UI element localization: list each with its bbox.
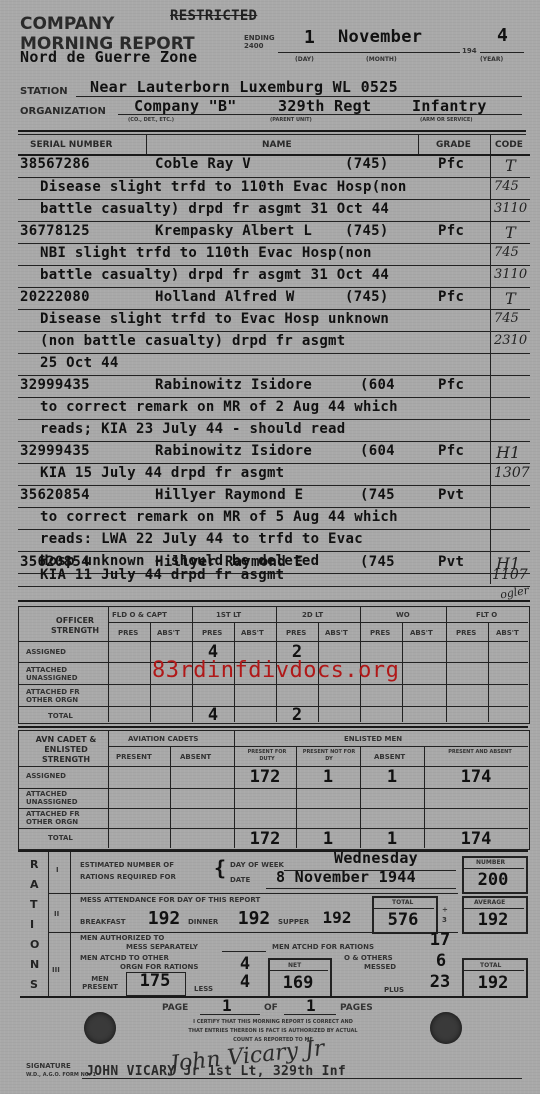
person-name: Krempasky Albert L — [155, 223, 312, 239]
col-header-name: NAME — [262, 140, 292, 150]
enlisted-total-absent: 1 — [360, 829, 424, 849]
row-label-attached-other: ATTACHED FR OTHER ORGN — [26, 810, 106, 826]
enlisted-strength-title: AVN CADET & ENLISTED STRENGTH — [26, 735, 106, 765]
rations-number: 200 — [462, 870, 524, 890]
mos-code: (604 — [360, 377, 395, 393]
organization-arm: Infantry — [412, 97, 487, 115]
entry-row-remark: 25 Oct 44 — [0, 354, 540, 376]
auth-separately-label: MESS SEPARATELY — [126, 943, 198, 951]
certify-line: I CERTIFY THAT THIS MORNING REPORT IS CO… — [148, 1018, 398, 1027]
col-header-code: CODE — [495, 140, 523, 150]
remark-text: Disease slight trfd to Evac Hosp unknown — [40, 311, 389, 327]
section-1-label: ESTIMATED NUMBER OF — [80, 861, 174, 869]
mess-attendance-label: MESS ATTENDANCE FOR DAY OF THIS REPORT — [80, 896, 260, 904]
men-present-label: MEN PRESENT — [78, 975, 122, 991]
subcol-pres: PRES — [456, 629, 476, 637]
entry-code: 1107 — [492, 567, 528, 583]
breakfast-label: BREAKFAST — [80, 918, 126, 926]
row-label-assigned: ASSIGNED — [26, 772, 66, 780]
entry-row-remark: reads; KIA 23 July 44 - should read — [0, 420, 540, 442]
group-aviation-cadets: AVIATION CADETS — [128, 735, 198, 743]
remark-text: KIA 11 July 44 drpd fr asgmt — [40, 567, 284, 583]
subcol-abst: ABS'T — [496, 629, 519, 637]
person-name: Coble Ray V — [155, 156, 251, 172]
entry-row-remark: battle casualty) drpd fr asgmt 31 Oct 44… — [0, 200, 540, 222]
person-name: Holland Alfred W — [155, 289, 295, 305]
entry-row-remark: Disease slight trfd to 110th Evac Hosp(n… — [0, 178, 540, 200]
organization-unit: 329th Regt — [278, 97, 371, 115]
certify-line: THAT ENTRIES THEREON IS FACT IS AUTHORIZ… — [148, 1027, 398, 1036]
section-1-label: RATIONS REQUIRED FOR — [80, 873, 176, 881]
serial-number: 35620854 — [20, 487, 90, 503]
subcol-pres: PRES — [118, 629, 138, 637]
station-label: STATION — [20, 86, 68, 97]
less-label: LESS — [194, 985, 213, 993]
subcol-present-and-absent: PRESENT AND ABSENT — [440, 749, 520, 756]
supper-label: SUPPER — [278, 918, 309, 926]
remark-text: to correct remark on MR of 2 Aug 44 whic… — [40, 399, 398, 415]
remark-text: battle casualty) drpd fr asgmt 31 Oct 44 — [40, 201, 389, 217]
net-label: NET — [288, 962, 301, 969]
mess-total-label: TOTAL — [392, 899, 413, 906]
entry-row-remark: battle casualty) drpd fr asgmt 31 Oct 44… — [0, 266, 540, 288]
remark-text: 25 Oct 44 — [40, 355, 119, 371]
grade: Pvt — [438, 487, 464, 503]
grade: Pfc — [438, 156, 464, 172]
subcol-present: PRESENT — [116, 753, 152, 761]
year-prefix: 194 — [462, 47, 477, 55]
mos-code: (745) — [345, 156, 389, 172]
person-name: Rabinowitz Isidore — [155, 443, 312, 459]
day-caption: (DAY) — [295, 56, 314, 63]
atchd-other-label: ORGN FOR RATIONS — [120, 963, 198, 971]
entry-row-person: 36778125 Krempasky Albert L (745) Pfc T — [0, 222, 540, 244]
subcol-abst: ABS'T — [157, 629, 180, 637]
rations-total-label: TOTAL — [480, 962, 501, 969]
serial-number: 20222080 — [20, 289, 90, 305]
row-label-attached-other: ATTACHED FR OTHER ORGN — [26, 688, 106, 704]
number-box-label: NUMBER — [476, 859, 505, 866]
entry-code: 745 — [494, 311, 519, 326]
enlisted-assigned-total: 174 — [424, 767, 528, 787]
less-value: 4 — [228, 972, 262, 992]
subcol-absent: ABSENT — [374, 753, 405, 761]
entry-code: 3110 — [494, 267, 527, 282]
enlisted-total-present-duty: 172 — [234, 829, 296, 849]
day-of-week: Wednesday — [334, 849, 418, 867]
entry-row-person: 32999435 Rabinowitz Isidore (604 Pfc H1 — [0, 442, 540, 464]
group-2d-lt: 2D LT — [302, 611, 323, 619]
col-header-serial: SERIAL NUMBER — [30, 140, 112, 150]
organization-label: ORGANIZATION — [20, 106, 106, 117]
punch-hole-left — [84, 1012, 116, 1044]
report-day: 1 — [304, 27, 315, 48]
row-label-attached-unassigned: ATTACHED UNASSIGNED — [26, 790, 106, 806]
rations-letter: O — [30, 938, 39, 951]
mess-total: 576 — [372, 910, 434, 930]
rations-letter: N — [30, 958, 39, 971]
entry-row-person: 38567286 Coble Ray V (745) Pfc T — [0, 155, 540, 177]
net-value: 169 — [268, 973, 328, 993]
brace: { — [214, 856, 226, 880]
subcol-abst: ABS'T — [325, 629, 348, 637]
entry-row-remark: (non battle casualty) drpd fr asgmt 2310 — [0, 332, 540, 354]
mess-average: 192 — [462, 910, 524, 930]
date-label: DATE — [230, 876, 250, 884]
subcol-pres: PRES — [286, 629, 306, 637]
group-fld-o-capt: FLD O & CAPT — [112, 611, 167, 619]
enlisted-total-total: 174 — [424, 829, 528, 849]
mos-code: (745) — [345, 289, 389, 305]
form-title-company: COMPANY — [20, 14, 114, 34]
entry-row-person: 20222080 Holland Alfred W (745) Pfc T — [0, 288, 540, 310]
report-month: November — [338, 27, 422, 47]
entry-row-person: 35620854 Hillyer Raymond E (745 Pvt — [0, 486, 540, 508]
report-year-digit: 4 — [497, 25, 508, 46]
remark-text: reads; KIA 23 July 44 - should read — [40, 421, 346, 437]
entry-row-remark: to correct remark on MR of 2 Aug 44 whic… — [0, 398, 540, 420]
rations-letter: R — [30, 858, 38, 871]
grade: Pfc — [438, 377, 464, 393]
section-1-numeral: I — [56, 866, 59, 874]
rations-letter: A — [30, 878, 39, 891]
entry-code: T — [505, 156, 516, 175]
page-number: 1 — [222, 996, 232, 1015]
punch-hole-right — [430, 1012, 462, 1044]
entry-row-remark: Disease slight trfd to Evac Hosp unknown… — [0, 310, 540, 332]
organization-company: Company "B" — [134, 97, 237, 115]
section-2-numeral: II — [54, 910, 59, 918]
station-value: Near Lauterborn Luxemburg WL 0525 — [90, 78, 398, 96]
zone-stamp: Nord de Guerre Zone — [20, 48, 197, 66]
grade: Pfc — [438, 289, 464, 305]
entry-row-remark: KIA 11 July 44 drpd fr asgmt 1107 — [0, 566, 540, 588]
serial-number: 36778125 — [20, 223, 90, 239]
others-label: O & OTHERS — [344, 954, 393, 962]
subcol-absent: ABSENT — [180, 753, 211, 761]
serial-number: 32999435 — [20, 377, 90, 393]
rations-total: 192 — [462, 973, 524, 993]
org-caption-parent: (PARENT UNIT) — [270, 117, 312, 123]
year-caption: (YEAR) — [480, 56, 503, 63]
entry-row-remark: KIA 15 July 44 drpd fr asgmt 1307 — [0, 464, 540, 486]
group-1st-lt: 1ST LT — [216, 611, 241, 619]
entry-row-remark: to correct remark on MR of 5 Aug 44 whic… — [0, 508, 540, 530]
subcol-pres: PRES — [370, 629, 390, 637]
subcol-present-for-duty: PRESENT FOR DUTY — [240, 749, 294, 763]
entry-code: H1 — [496, 443, 520, 462]
officer-1stlt-total-pres: 4 — [192, 705, 234, 725]
group-flt-o: FLT O — [476, 611, 497, 619]
entry-row-person: 32999435 Rabinowitz Isidore (604 Pfc — [0, 376, 540, 398]
atchd-other-label: MEN ATCHD TO OTHER — [80, 954, 169, 962]
remark-text: battle casualty) drpd fr asgmt 31 Oct 44 — [40, 267, 389, 283]
entry-code: 745 — [494, 179, 519, 194]
rations-letter: I — [30, 918, 34, 931]
pages-label: PAGES — [340, 1003, 373, 1013]
page-total: 1 — [306, 996, 316, 1015]
group-enlisted-men: ENLISTED MEN — [344, 735, 402, 743]
morning-report-page: COMPANY RESTRICTED MORNING REPORT Nord d… — [0, 0, 540, 1094]
rations-letter: S — [30, 978, 38, 991]
entry-row-remark: NBI slight trfd to 110th Evac Hosp(non 7… — [0, 244, 540, 266]
person-name: Rabinowitz Isidore — [155, 377, 312, 393]
row-label-total: TOTAL — [48, 712, 73, 720]
officer-2dlt-total-pres: 2 — [276, 705, 318, 725]
mos-code: (604 — [360, 443, 395, 459]
remark-text: KIA 15 July 44 drpd fr asgmt — [40, 465, 284, 481]
enlisted-assigned-present-not-duty: 1 — [296, 767, 360, 787]
enlisted-total-present-not-duty: 1 — [296, 829, 360, 849]
row-label-total: TOTAL — [48, 834, 73, 842]
page-label: PAGE — [162, 1003, 188, 1013]
supper-count: 192 — [316, 908, 358, 927]
entry-code: 745 — [494, 245, 519, 260]
subcol-abst: ABS'T — [410, 629, 433, 637]
remark-text: NBI slight trfd to 110th Evac Hosp(non — [40, 245, 372, 261]
dinner-count: 192 — [232, 908, 276, 929]
group-wo: WO — [396, 611, 410, 619]
dinner-label: DINNER — [188, 918, 218, 926]
officer-strength-title: OFFICER STRENGTH — [40, 616, 110, 636]
classification-stamp: RESTRICTED — [170, 8, 257, 24]
divide-by-3: ÷ 3 — [442, 905, 450, 925]
plus-value: 23 — [422, 972, 458, 992]
grade: Pfc — [438, 223, 464, 239]
of-label: OF — [264, 1003, 278, 1013]
org-caption-unit: (CO., DET., ETC.) — [128, 117, 174, 123]
subcol-abst: ABS'T — [241, 629, 264, 637]
subcol-pres: PRES — [202, 629, 222, 637]
men-present: 175 — [126, 971, 184, 991]
breakfast-count: 192 — [142, 908, 186, 929]
watermark: 83rdinfdivdocs.org — [152, 658, 399, 683]
section-3-numeral: III — [52, 966, 60, 974]
remark-text: (non battle casualty) drpd fr asgmt — [40, 333, 346, 349]
atchd-other-orgn: 4 — [228, 954, 262, 974]
mos-code: (745 — [360, 487, 395, 503]
entry-code: 1307 — [494, 465, 530, 481]
auth-separately-label: MEN AUTHORIZED TO — [80, 934, 164, 942]
signature-label: SIGNATURE — [26, 1062, 71, 1070]
col-header-grade: GRADE — [436, 140, 471, 150]
remark-text: to correct remark on MR of 5 Aug 44 whic… — [40, 509, 398, 525]
subcol-present-not-for-duty: PRESENT NOT FOR DY — [300, 749, 358, 763]
month-caption: (MONTH) — [366, 56, 397, 63]
others-label: MESSED — [364, 963, 396, 971]
enlisted-assigned-absent: 1 — [360, 767, 424, 787]
mos-code: (745) — [345, 223, 389, 239]
attached-for-rations-label: MEN ATCHD FOR RATIONS — [272, 943, 374, 951]
entry-code: T — [505, 289, 516, 308]
ending-label: ENDING 2400 — [244, 34, 274, 50]
remark-text: Disease slight trfd to 110th Evac Hosp(n… — [40, 179, 407, 195]
grade: Pfc — [438, 443, 464, 459]
attached-for-rations: 17 — [420, 930, 460, 950]
org-caption-arm: (ARM OR SERVICE) — [420, 117, 473, 123]
plus-label: PLUS — [384, 986, 404, 994]
entry-code: T — [505, 223, 516, 242]
typed-signature: JOHN VICARY Jr 1st Lt, 329th Inf — [86, 1064, 346, 1079]
entry-code: 3110 — [494, 201, 527, 216]
row-label-attached-unassigned: ATTACHED UNASSIGNED — [26, 666, 106, 682]
serial-number: 38567286 — [20, 156, 90, 172]
others-messed: 6 — [424, 951, 458, 971]
enlisted-assigned-present-duty: 172 — [234, 767, 296, 787]
row-label-assigned: ASSIGNED — [26, 648, 66, 656]
person-name: Hillyer Raymond E — [155, 487, 303, 503]
ration-date: 8 November 1944 — [276, 868, 416, 886]
entry-code: 2310 — [494, 333, 527, 348]
entry-row-person: 35620854 Hillyer Raymond E (745 Pvt H1 — [0, 545, 540, 567]
average-label: AVERAGE — [474, 899, 505, 906]
serial-number: 32999435 — [20, 443, 90, 459]
rations-letter: T — [30, 898, 38, 911]
